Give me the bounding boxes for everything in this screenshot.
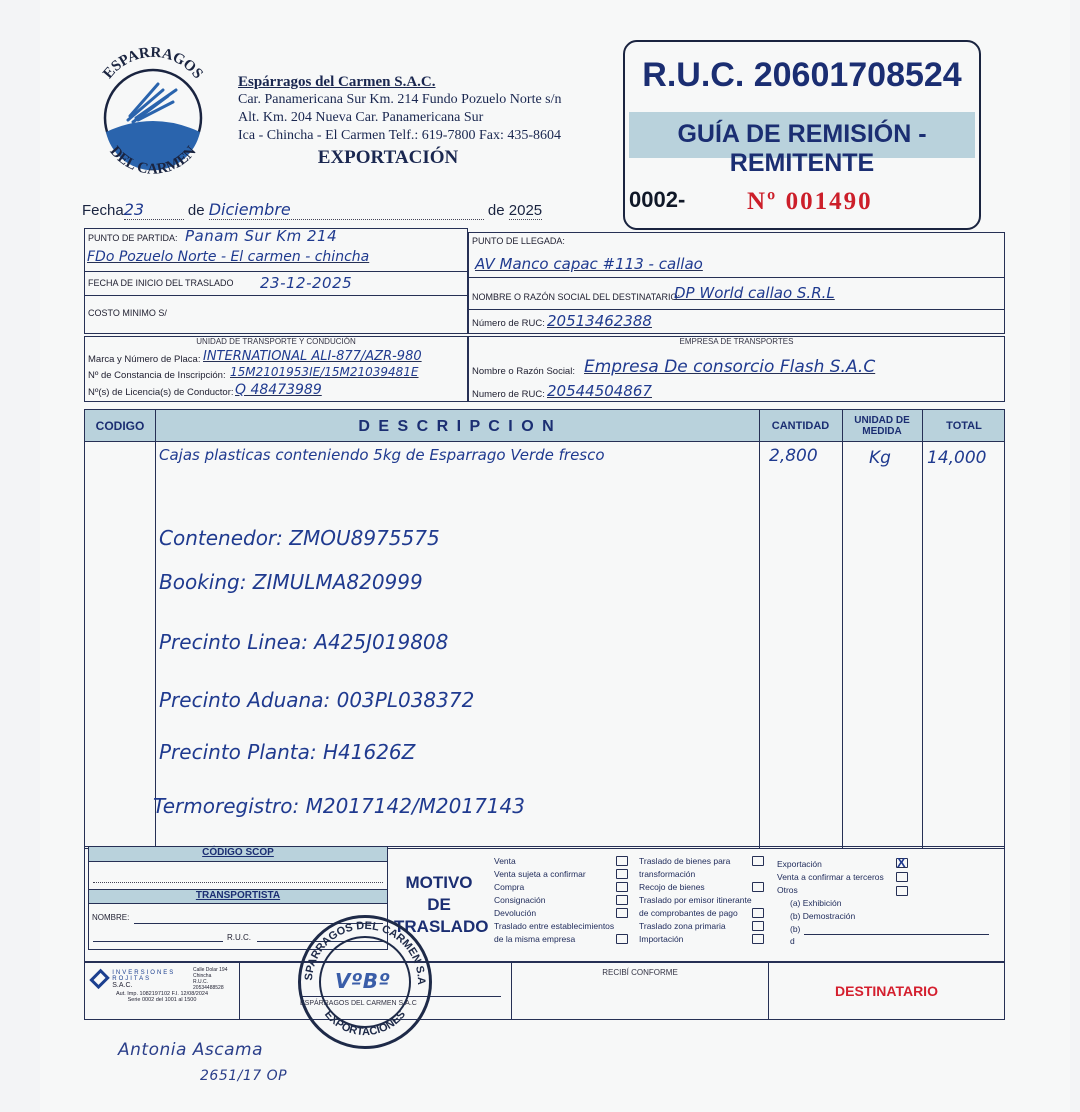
checkbox-devolucion[interactable] xyxy=(616,908,628,918)
printer-logo-icon xyxy=(89,969,110,990)
note-precinto-linea: Precinto Linea: A425J019808 xyxy=(159,630,448,654)
header-unidad: UNIDAD DE MEDIDA xyxy=(842,410,922,442)
serie-number: 0002- xyxy=(629,187,685,213)
note-contenedor: Contenedor: ZMOU8975575 xyxy=(159,526,440,550)
partida-line-1: Panam Sur Km 214 xyxy=(185,227,337,245)
company-header: Espárragos del Carmen S.A.C. Car. Paname… xyxy=(238,74,562,169)
checkbox-compra[interactable] xyxy=(616,882,628,892)
item-descripcion: Cajas plasticas conteniendo 5kg de Espar… xyxy=(159,446,605,464)
transportista-ruc: 20544504867 xyxy=(547,382,652,400)
fecha-line: Fecha23 de Diciembre de 2025 xyxy=(82,200,592,220)
svg-text:ESPARRAGOS: ESPARRAGOS xyxy=(100,45,205,82)
note-booking: Booking: ZIMULMA820999 xyxy=(159,570,423,594)
partida-line-2: FDo Pozuelo Norte - El carmen - chincha xyxy=(87,249,369,265)
note-precinto-aduana: Precinto Aduana: 003PL038372 xyxy=(159,688,474,712)
ruc-number: R.U.C. 20601708524 xyxy=(625,56,979,95)
ruc-box: R.U.C. 20601708524 GUÍA DE REMISIÓN - RE… xyxy=(623,40,981,230)
checkbox-traslado-establecimientos[interactable] xyxy=(616,934,628,944)
checkbox-recojo[interactable] xyxy=(752,882,764,892)
partida-section: PUNTO DE PARTIDA: Panam Sur Km 214 FDo P… xyxy=(84,228,468,334)
header-total: TOTAL xyxy=(922,410,1006,442)
motivo-options: Venta Venta sujeta a confirmar Compra Co… xyxy=(494,856,1004,956)
transportista-razon-social: Empresa De consorcio Flash S.A.C xyxy=(584,357,875,377)
punto-llegada: AV Manco capac #113 - callao xyxy=(475,255,703,273)
note-precinto-planta: Precinto Planta: H41626Z xyxy=(159,740,415,764)
item-total: 14,000 xyxy=(927,448,986,468)
company-stamp: ESPARRAGOS DEL CARMEN S.A. EXPORTACIONES xyxy=(298,915,432,1049)
checkbox-importacion[interactable] xyxy=(752,934,764,944)
footer-row: INVERSIONES ROJITAS S.A.C. Calle Dolar 1… xyxy=(84,962,1005,1020)
company-address-2: Alt. Km. 204 Nueva Car. Panamericana Sur xyxy=(238,109,562,127)
document-type: EXPORTACIÓN xyxy=(238,147,538,169)
header-cantidad: CANTIDAD xyxy=(759,410,842,442)
company-address-1: Car. Panamericana Sur Km. 214 Fundo Pozu… xyxy=(238,91,562,109)
printer-info: INVERSIONES ROJITAS S.A.C. Calle Dolar 1… xyxy=(85,963,240,1019)
note-termoregistro: Termoregistro: M2017142/M2017143 xyxy=(153,794,525,818)
company-logo: ESPARRAGOS DEL CARMEN xyxy=(88,40,218,180)
recibi-conforme: RECIBÍ CONFORME xyxy=(512,963,769,1019)
items-table: CODIGO D E S C R I P C I O N CANTIDAD UN… xyxy=(84,409,1005,849)
handwritten-code: 2651/17 OP xyxy=(200,1068,287,1084)
empresa-transportes-section: EMPRESA DE TRANSPORTES Nombre o Razón So… xyxy=(468,336,1005,402)
item-cantidad: 2,800 xyxy=(769,446,818,466)
unidad-transporte-section: UNIDAD DE TRANSPORTE Y CONDUCIÓN Marca y… xyxy=(84,336,468,402)
checkbox-exportacion[interactable] xyxy=(896,858,908,868)
destinatario-nombre: DP World callao S.R.L xyxy=(674,284,835,302)
company-address-3: Ica - Chincha - El Carmen Telf.: 619-780… xyxy=(238,127,562,145)
placa: INTERNATIONAL ALI-877/AZR-980 xyxy=(203,349,422,364)
header-descripcion: D E S C R I P C I O N xyxy=(155,410,759,442)
document-number: Nº 001490 xyxy=(747,188,873,216)
checkbox-otros[interactable] xyxy=(896,886,908,896)
checkbox-venta-sujeta[interactable] xyxy=(616,869,628,879)
constancia-inscripcion: 15M2101953IE/15M21039481E xyxy=(230,365,419,379)
destinatario-ruc: 20513462388 xyxy=(547,312,652,330)
llegada-section: PUNTO DE LLEGADA: AV Manco capac #113 - … xyxy=(468,232,1005,334)
fecha-inicio-traslado: 23-12-2025 xyxy=(260,274,352,292)
company-name: Espárragos del Carmen S.A.C. xyxy=(238,74,562,91)
copy-label: DESTINATARIO xyxy=(769,963,1004,1019)
handwritten-name: Antonia Ascama xyxy=(118,1040,263,1060)
header-codigo: CODIGO xyxy=(85,410,155,442)
licencia-conductor: Q 48473989 xyxy=(235,382,322,398)
checkbox-emisor-itinerante[interactable] xyxy=(752,908,764,918)
checkbox-venta[interactable] xyxy=(616,856,628,866)
fecha-year: 2025 xyxy=(509,202,542,219)
checkbox-venta-terceros[interactable] xyxy=(896,872,908,882)
checkbox-transformacion[interactable] xyxy=(752,856,764,866)
guia-title: GUÍA DE REMISIÓN - REMITENTE xyxy=(625,120,979,178)
checkbox-consignacion[interactable] xyxy=(616,895,628,905)
checkbox-zona-primaria[interactable] xyxy=(752,921,764,931)
item-unidad: Kg xyxy=(869,448,891,468)
fecha-month: Diciembre xyxy=(209,200,291,219)
fecha-day: 23 xyxy=(124,200,144,219)
